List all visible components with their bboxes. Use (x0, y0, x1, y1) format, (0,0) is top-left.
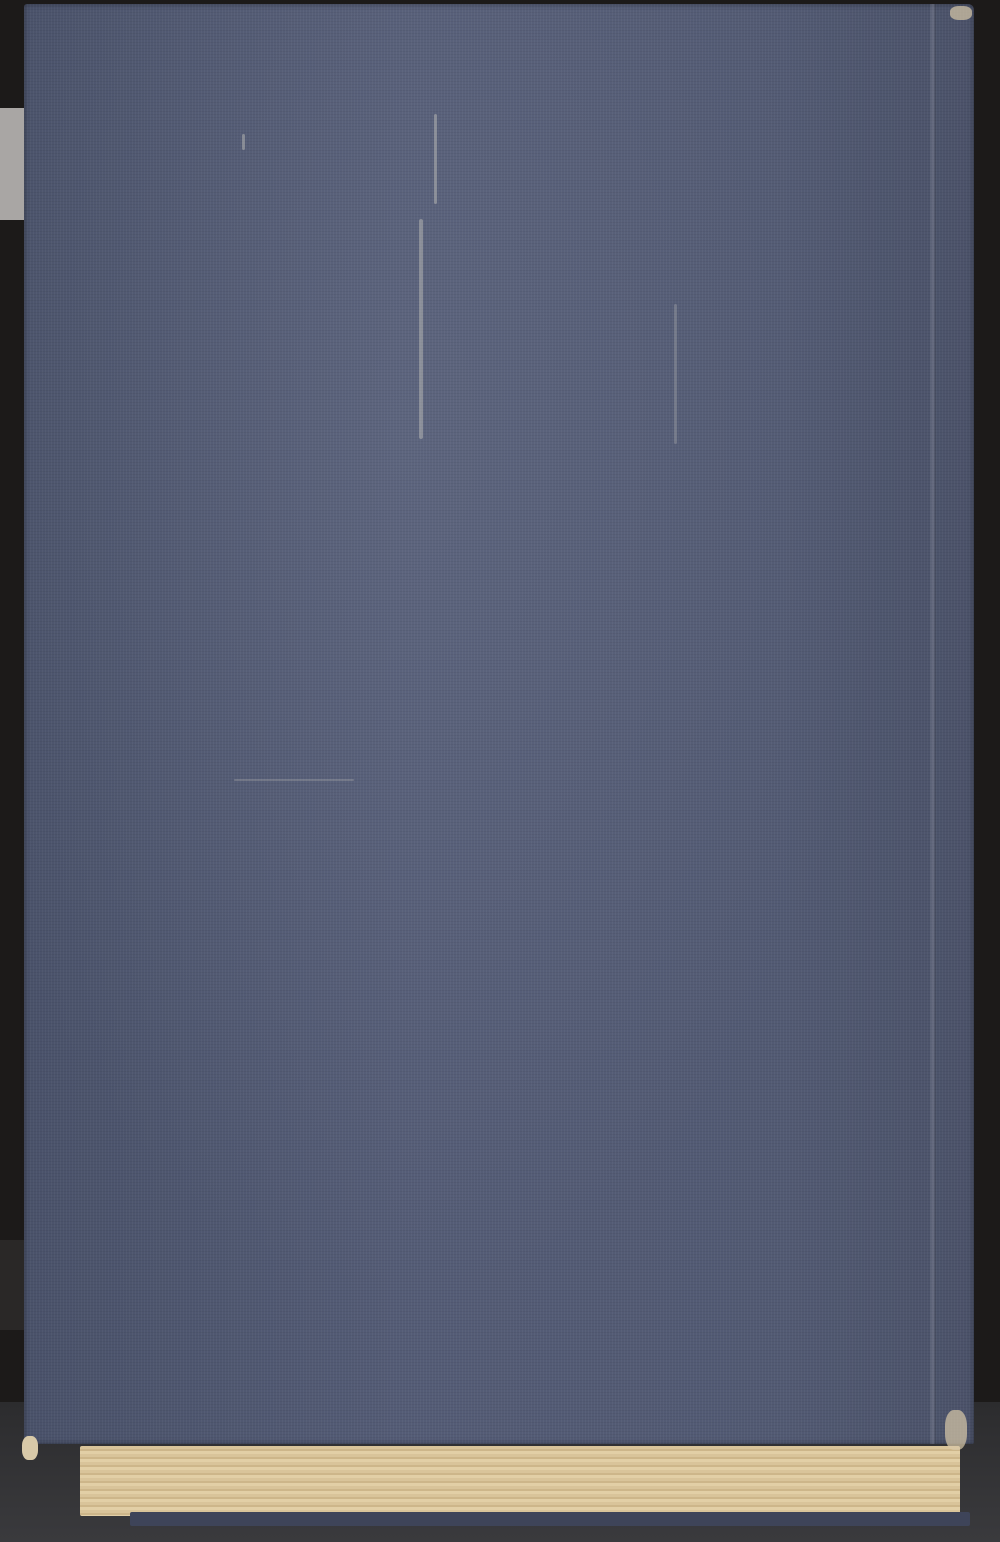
cloth-scuff (674, 304, 677, 444)
corner-wear (22, 1436, 38, 1460)
corner-wear (945, 1410, 967, 1450)
cloth-scuff (419, 219, 423, 439)
cloth-scuff (242, 134, 245, 150)
cloth-scuff (434, 114, 437, 204)
corner-wear (950, 6, 972, 20)
book-back-cover (24, 4, 974, 1444)
bottom-board-edge (130, 1512, 970, 1526)
spine-hinge (930, 4, 936, 1444)
page-edges (80, 1446, 960, 1516)
cloth-scuff (234, 779, 354, 781)
